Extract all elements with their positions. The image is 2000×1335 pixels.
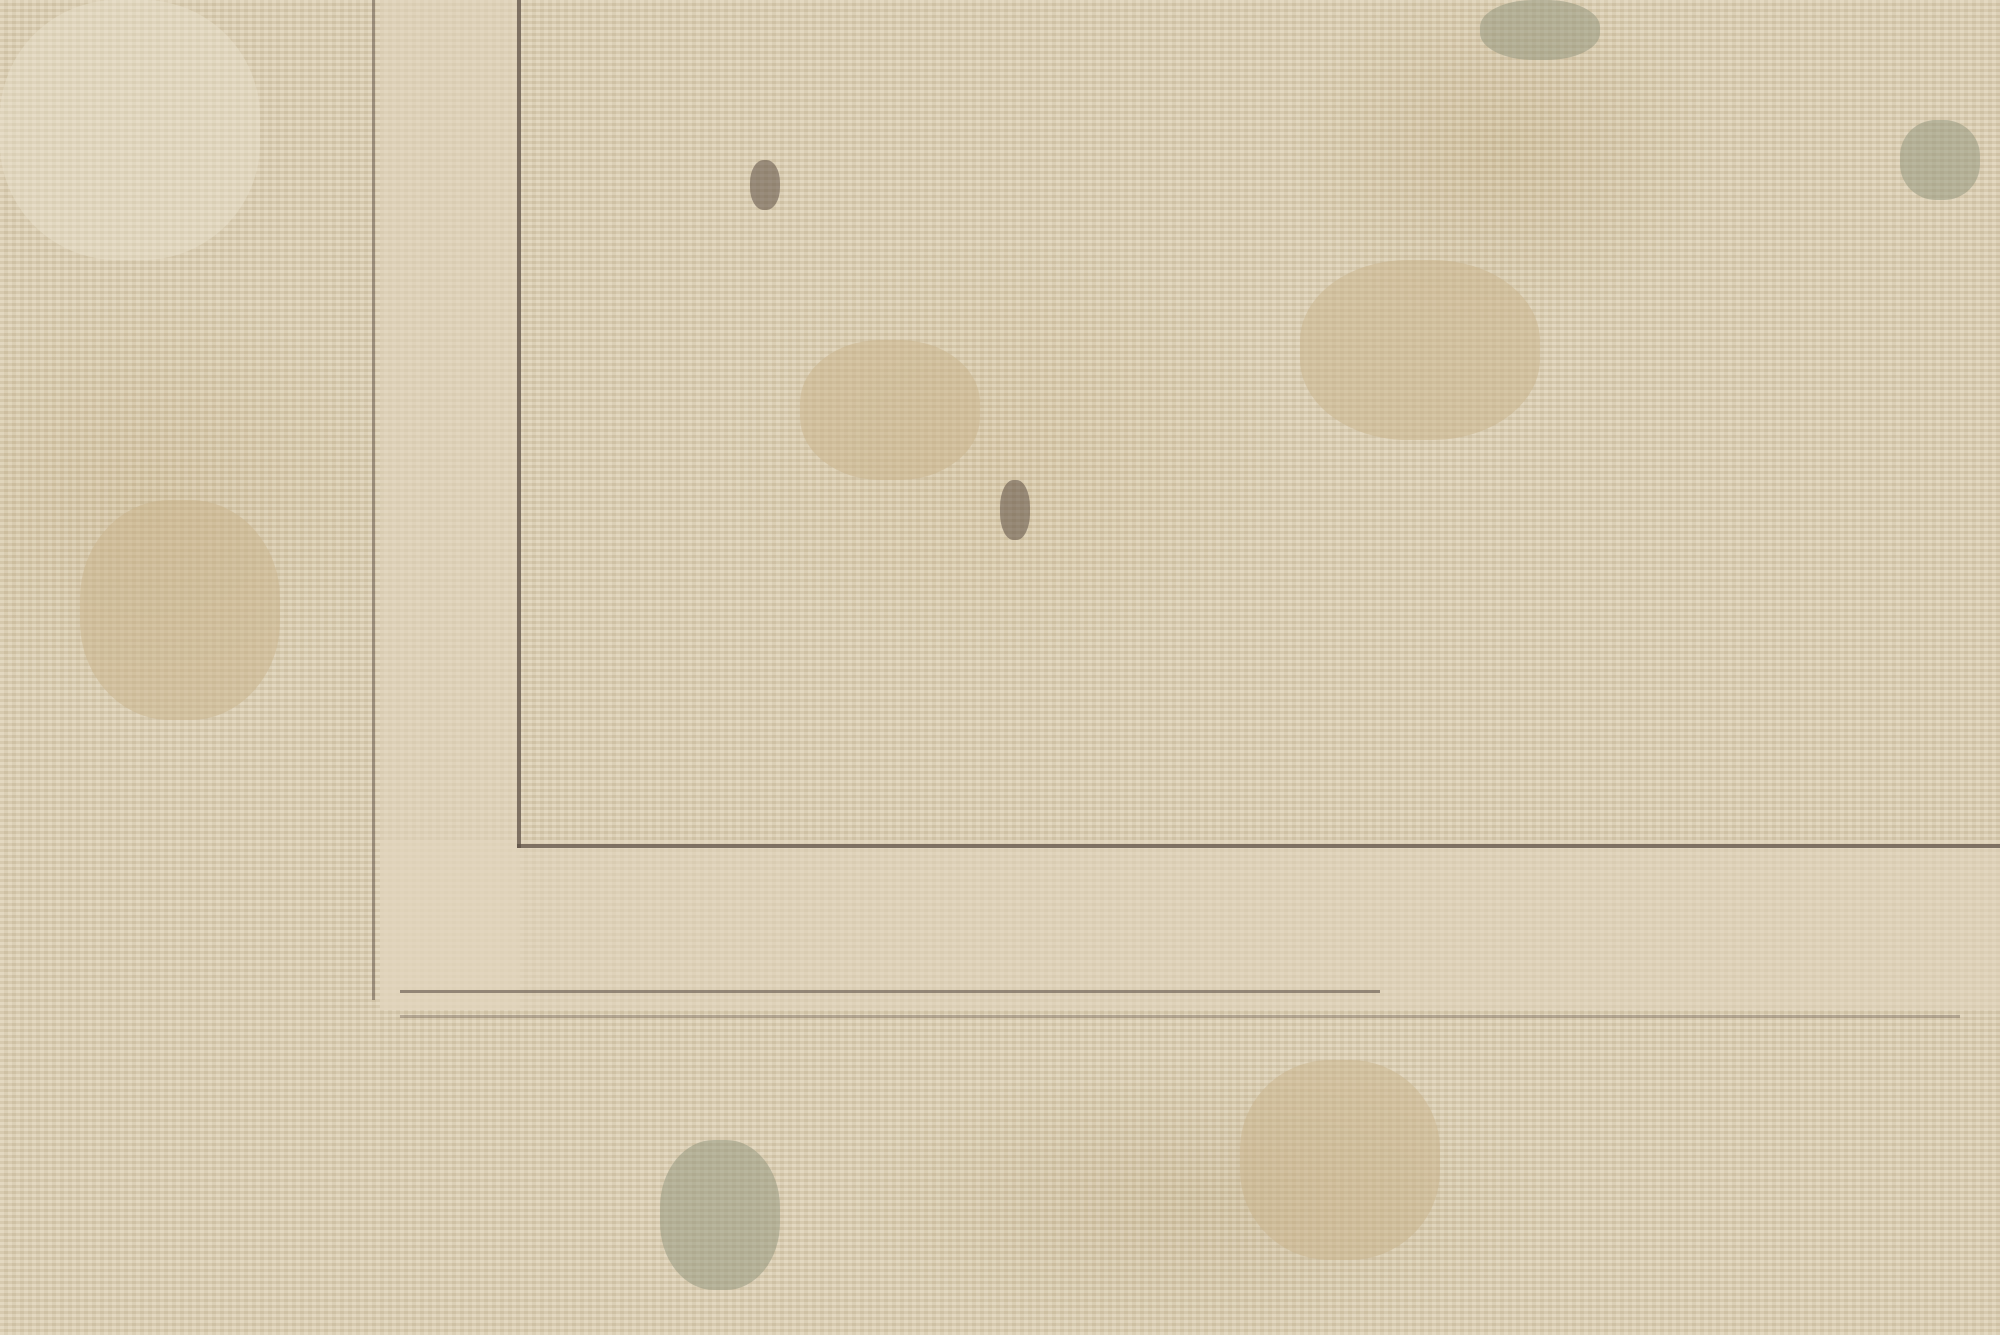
motif: [0, 0, 260, 260]
motif: [1000, 480, 1030, 540]
outer-border-horizontal: [400, 990, 1380, 993]
motif: [80, 500, 280, 720]
motif: [660, 1140, 780, 1290]
border-band-horizontal: [380, 840, 2000, 1010]
weave-texture: [0, 0, 2000, 1335]
motif: [1900, 120, 1980, 200]
motif: [1480, 0, 1600, 60]
motif: [1300, 260, 1540, 440]
motif: [1240, 1060, 1440, 1260]
rug-photo: [0, 0, 2000, 1335]
motif: [800, 340, 980, 480]
inner-border-horizontal: [517, 844, 2000, 848]
inner-border-vertical: [517, 0, 521, 848]
motif: [750, 160, 780, 210]
dashed-edge: [400, 1015, 1960, 1018]
outer-border-vertical: [372, 0, 375, 1000]
